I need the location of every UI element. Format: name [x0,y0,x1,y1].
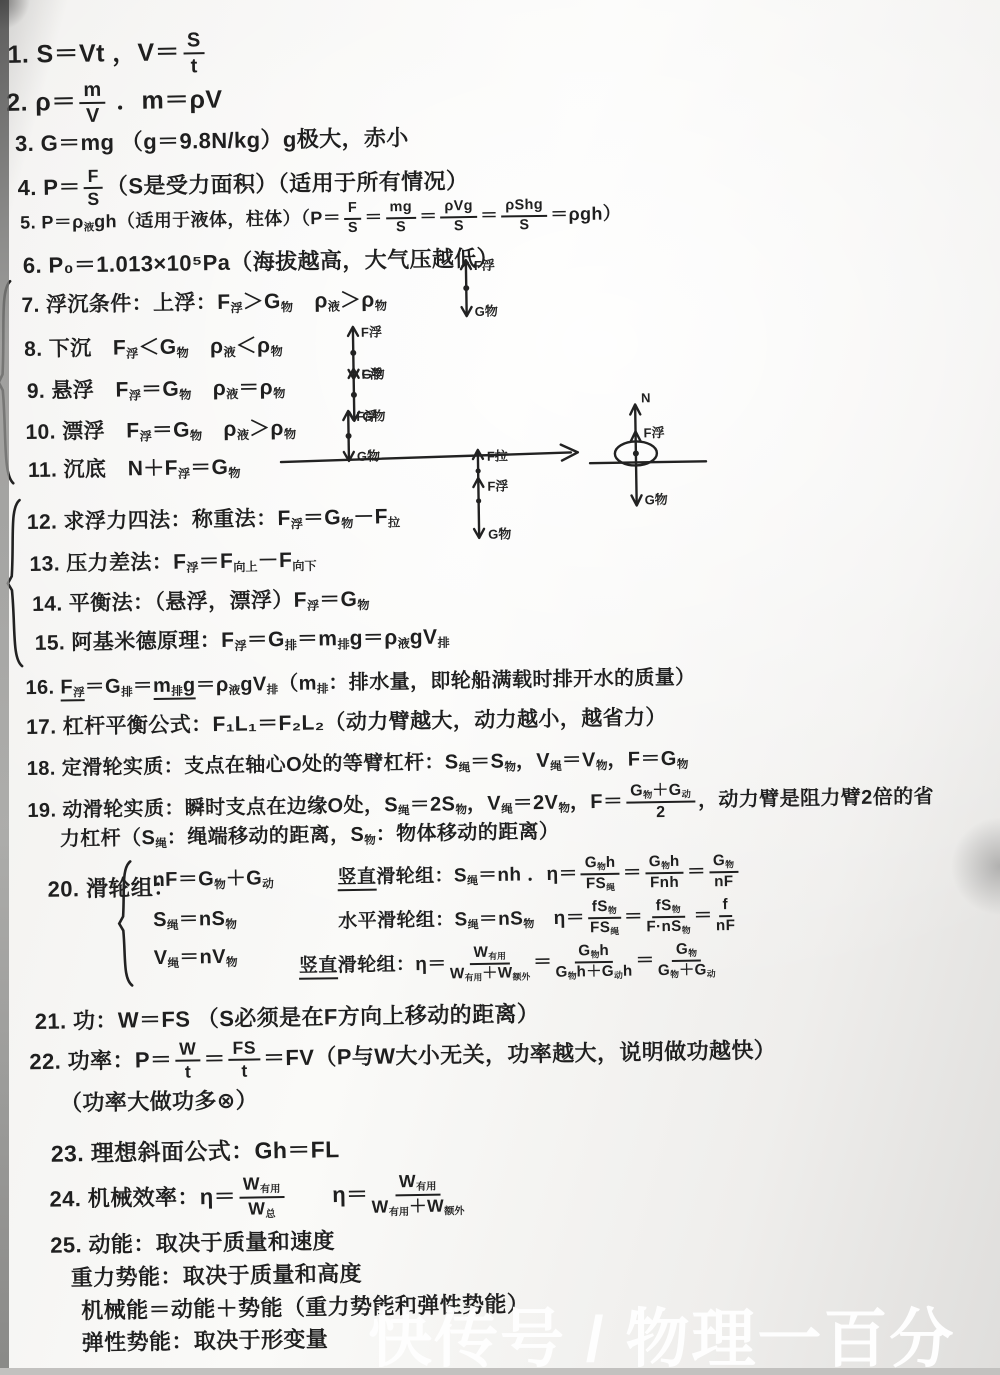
formula-line-6: 6. P₀＝1.013×10⁵Pa（海拔越高，大气压越低） [23,245,500,280]
svg-text:F浮: F浮 [643,425,664,440]
pulley-horizontal-row: 水平滑轮组：S绳＝nS物 η＝fS物FS绳＝fS物F·nS物＝fnF [338,897,739,942]
notes-sheet: 1. S＝Vt ，V＝St 2. ρ＝mV ．m＝ρV 3. G＝mg （g＝9… [0,0,1000,1375]
brace-pulley-group [115,858,137,988]
formula-line-22: 22. 功率：P＝Wt＝FSt＝FV（P与W大小无关，功率越大，说明做功越快） [29,1030,776,1084]
formula-line-8: 8. 下沉 F浮＜G物 ρ液＜ρ物 [24,333,283,364]
formula-line-17: 17. 杠杆平衡公式：F₁L₁＝F₂L₂（动力臂越大，动力越小，越省力） [26,705,667,741]
formula-line-25: 25. 动能：取决于质量和速度 [50,1227,335,1259]
svg-text:F浮: F浮 [356,409,377,424]
formula-line-16: 16. F浮＝G排＝m排g＝ρ液gV排（m排：排水量，即轮船满载时排开水的质量） [25,666,695,702]
pulley-group-eq-1: nF＝G物＋G动 [152,866,274,894]
svg-text:G物: G物 [644,492,667,507]
svg-text:G物: G物 [488,526,511,541]
svg-text:F浮: F浮 [361,324,382,339]
formula-line-2: 2. ρ＝mV ．m＝ρV [6,77,223,128]
svg-text:N: N [641,390,651,405]
formula-line-13: 13. 压力差法：F浮＝F向上－F向下 [29,547,316,578]
formula-line-14: 14. 平衡法：（悬浮，漂浮）F浮＝G物 [32,587,370,619]
formula-line-7: 7. 浮沉条件：上浮：F浮＞G物 ρ液＞ρ物 [21,287,387,319]
formula-line-3: 3. G＝mg （g＝9.8N/kg）g极大，赤小 [15,124,409,158]
watermark: 快传号 / 物理一百分 [368,1288,955,1375]
formula-line-10: 10. 漂浮 F浮＝G物 ρ液＞ρ物 [25,416,296,447]
sunk-object-force-diagram: N F浮 G物 [581,381,715,525]
pulley-group-eq-3: V绳＝nV物 [154,945,238,972]
elastic-pe-line: 弹性势能：取决于形变量 [82,1325,329,1356]
formula-line-1: 1. S＝Vt ，V＝St [7,29,208,80]
pulley-vertical-row: 竖直滑轮组：S绳＝nh ．η＝G物hFS绳＝G物hFnh＝G物nF [337,853,741,898]
svg-text:F浮: F浮 [487,478,508,493]
formula-line-11: 11. 沉底 N＋F浮＝G物 [28,455,241,485]
formula-line-15: 15. 阿基米德原理：F浮＝G排＝m排g＝ρ液gV排 [35,624,450,657]
formula-line-9: 9. 悬浮 F浮＝G物 ρ液＝ρ物 [27,375,286,406]
weigh-method-arrows: F拉 F浮 G物 [466,444,554,545]
formula-line-22-cont: （功率大做功多⊗） [60,1086,258,1117]
svg-text:G物: G物 [475,304,498,319]
pulley-efficiency-row: 竖直滑轮组：η＝W有用W有用＋W额外＝G物hG物h＋G动h＝G物G物＋G动 [299,941,719,986]
formula-line-21: 21. 功：W＝FS （S必须是在F方向上移动的距离） [35,1000,540,1035]
svg-text:F浮: F浮 [474,258,495,273]
formula-line-24: 24. 机械效率：η＝W有用W总 η＝W有用W有用＋W额外 [49,1171,467,1224]
photo-left-edge [0,0,9,1375]
svg-text:F浮: F浮 [361,366,382,381]
formula-line-23: 23. 理想斜面公式：Gh＝FL [51,1135,340,1168]
pulley-group-eq-2: S绳＝nS物 [153,907,237,934]
formula-line-18: 18. 定滑轮实质：支点在轴心O处的等臂杠杆：S绳＝S物，V绳＝V物，F＝G物 [27,747,689,783]
svg-text:F拉: F拉 [487,448,508,463]
formula-line-12: 12. 求浮力四法：称重法：F浮＝G物－F拉 [27,504,401,536]
buoyancy-arrows-line7: F浮 G物 [455,254,528,321]
gravity-pe-line: 重力势能：取决于质量和高度 [71,1260,363,1292]
